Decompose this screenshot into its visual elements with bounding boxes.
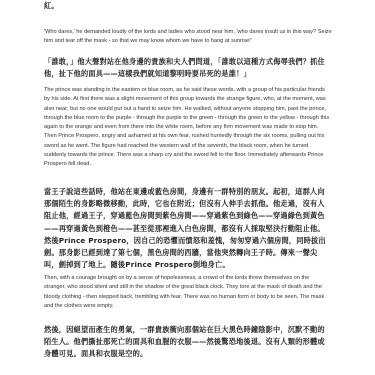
paragraph-zh-fragment: 紅。	[44, 0, 332, 12]
paragraph-en-courage: Then, with a courage brought on by a sen…	[44, 274, 332, 311]
paragraph-zh-prince-standing: 當王子說這些話時，他站在東邊或藍色房間，身邊有一群特別的朋友。起初，這群人向那個…	[44, 186, 332, 271]
document-page: 紅。 'Who dares,' he demanded loudly of th…	[0, 0, 375, 375]
paragraph-zh-courage: 然後，因絕望而產生的勇氣，一群貴族衝向那個站在巨大黑色時鐘陰影中，沉默不動的陌生…	[44, 324, 332, 361]
paragraph-en-who-dares: 'Who dares,' he demanded loudly of the l…	[44, 28, 332, 47]
paragraph-zh-who-dares: 「誰敢，」他大聲對站在他身邊的貴族和夫人們問道，「誰敢以這種方式侮辱我們？抓住他…	[44, 56, 332, 80]
paragraph-en-prince-standing: The prince was standing in the eastern o…	[44, 86, 332, 170]
